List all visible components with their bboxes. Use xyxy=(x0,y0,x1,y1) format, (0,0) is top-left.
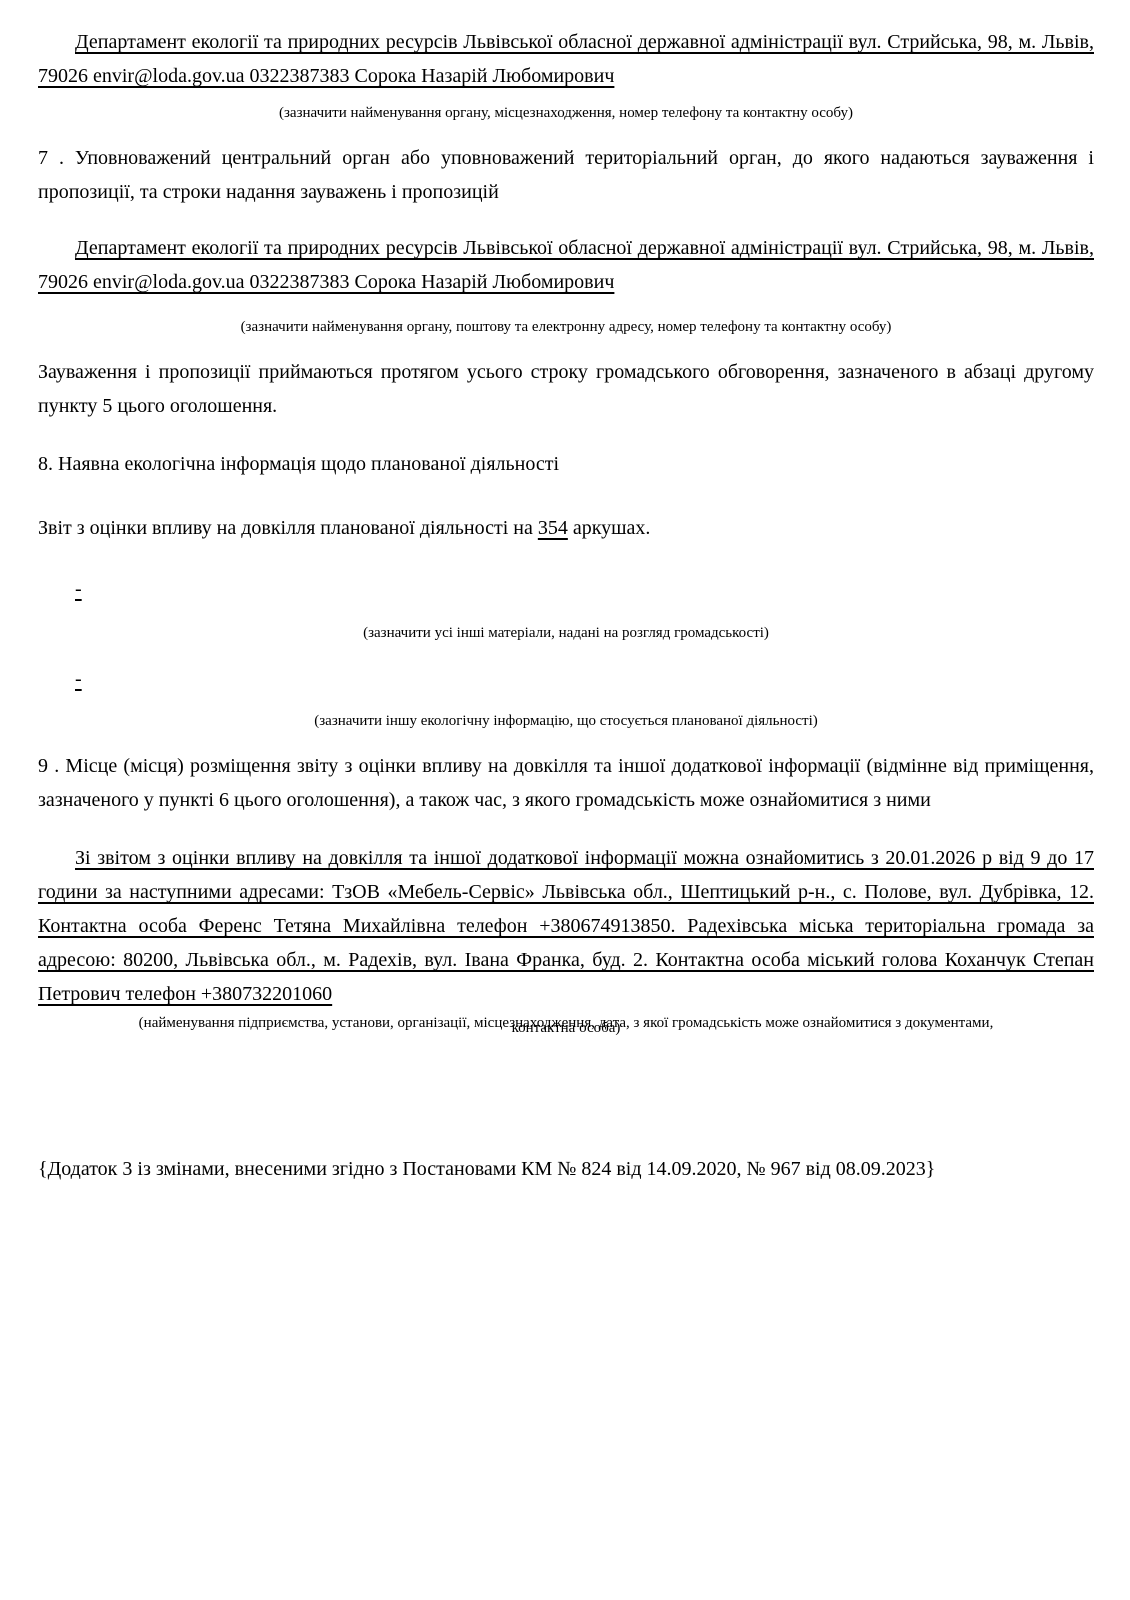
report-location-paragraph: Зі звітом з оцінки впливу на довкілля та… xyxy=(38,841,1094,1011)
placeholder-dash-materials: - xyxy=(75,579,1094,599)
authority-paragraph-section7: Департамент екології та природних ресурс… xyxy=(38,231,1094,299)
report-sheets-count: 354 xyxy=(538,517,568,539)
remarks-paragraph: Зауваження і пропозиції приймаються прот… xyxy=(38,355,1094,423)
section9-heading: 9 . Місце (місця) розміщення звіту з оці… xyxy=(38,749,1094,817)
document-page: Департамент екології та природних ресурс… xyxy=(0,0,1130,1600)
placeholder-dash-materials-mark: - xyxy=(75,578,82,600)
section7-caption: (зазначити найменування органу, поштову … xyxy=(38,319,1094,335)
report-sheets-suffix: аркушах. xyxy=(568,517,651,539)
report-sheets-prefix: Звіт з оцінки впливу на довкілля планова… xyxy=(38,517,538,539)
other-info-caption: (зазначити іншу екологічну інформацію, щ… xyxy=(38,713,1094,729)
placeholder-dash-other-info: - xyxy=(75,669,1094,689)
authority-top-caption: (зазначити найменування органу, місцезна… xyxy=(38,105,1094,121)
section8-heading: 8. Наявна екологічна інформація щодо пла… xyxy=(38,447,1094,481)
materials-caption: (зазначити усі інші матеріали, надані на… xyxy=(38,625,1094,641)
report-sheets-line: Звіт з оцінки впливу на довкілля планова… xyxy=(38,511,1094,545)
section7-heading: 7 . Уповноважений центральний орган або … xyxy=(38,141,1094,209)
amendment-note: {Додаток 3 із змінами, внесеними згідно … xyxy=(38,1152,1094,1186)
placeholder-dash-other-info-mark: - xyxy=(75,668,82,690)
authority-paragraph-top: Департамент екології та природних ресурс… xyxy=(38,25,1094,93)
